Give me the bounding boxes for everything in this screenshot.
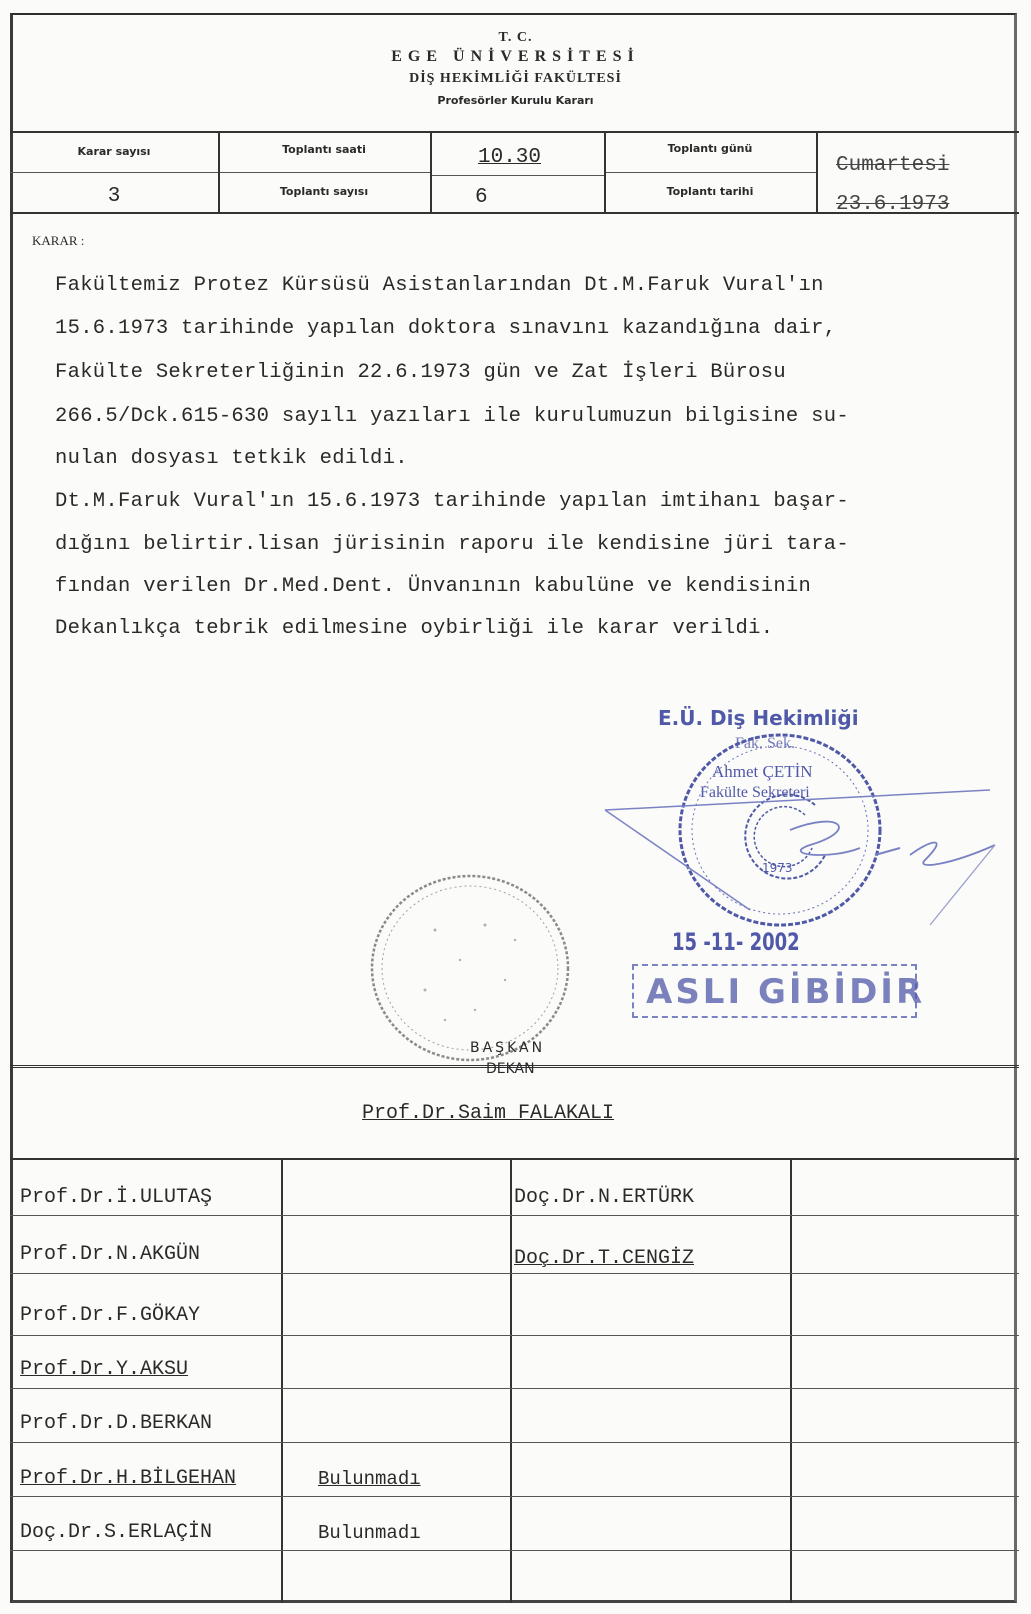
certified-copy-stamp: ASLI GİBİDİR <box>632 964 917 1018</box>
date-stamp: 15 -11- 2002 <box>672 928 800 956</box>
decision-line: nulan dosyası tetkik edildi. <box>55 447 408 470</box>
faculty-seal-icon: 1973 <box>600 730 1020 930</box>
chair-role-baskan: BAŞKAN <box>470 1040 545 1056</box>
member-name: Prof.Dr.Y.AKSU <box>20 1358 188 1381</box>
karar-sayisi-label: Karar sayısı <box>10 145 218 158</box>
decision-line: Dt.M.Faruk Vural'ın 15.6.1973 tarihinde … <box>55 490 849 513</box>
toplanti-sayisi-label: Toplantı sayısı <box>218 185 430 198</box>
member-name: Doç.Dr.N.ERTÜRK <box>514 1186 694 1209</box>
toplanti-tarihi-label: Toplantı tarihi <box>604 185 816 198</box>
member-name: Prof.Dr.D.BERKAN <box>20 1412 212 1435</box>
toplanti-saati-label: Toplantı saati <box>218 143 430 156</box>
decision-line: 266.5/Dck.615-630 sayılı yazıları ile ku… <box>55 405 849 428</box>
certified-copy-text: ASLI GİBİDİR <box>646 972 925 1012</box>
toplanti-gunu-value: Cumartesi <box>836 154 949 177</box>
member-name: Prof.Dr.F.GÖKAY <box>20 1304 200 1327</box>
stamp-office-line1: E.Ü. Diş Hekimliği <box>658 706 859 730</box>
chair-role-dekan: DEKAN <box>486 1061 535 1077</box>
toplanti-saati-value: 10.30 <box>478 146 541 169</box>
member-name: Prof.Dr.İ.ULUTAŞ <box>20 1186 212 1209</box>
member-name: Doç.Dr.S.ERLAÇİN <box>20 1521 212 1544</box>
chair-name: Prof.Dr.Saim FALAKALI <box>362 1102 614 1125</box>
header-tc: T. C. <box>0 30 1031 46</box>
member-note: Bulunmadı <box>318 1468 421 1490</box>
member-name: Prof.Dr.N.AKGÜN <box>20 1243 200 1266</box>
header-subtitle: Profesörler Kurulu Kararı <box>0 94 1031 107</box>
member-name: Doç.Dr.T.CENGİZ <box>514 1247 694 1270</box>
svg-text:1973: 1973 <box>762 861 793 875</box>
karar-label: KARAR : <box>32 233 84 249</box>
decision-line: Fakültemiz Protez Kürsüsü Asistanlarında… <box>55 274 824 297</box>
header-faculty: DİŞ HEKİMLİĞİ FAKÜLTESİ <box>0 71 1031 87</box>
toplanti-sayisi-value: 6 <box>475 186 488 209</box>
decision-line: fından verilen Dr.Med.Dent. Ünvanının ka… <box>55 575 811 598</box>
karar-sayisi-value: 3 <box>10 185 218 208</box>
header-university: EGE ÜNİVERSİTESİ <box>0 48 1031 66</box>
member-name: Prof.Dr.H.BİLGEHAN <box>20 1467 236 1490</box>
toplanti-tarihi-value: 23.6.1973 <box>836 193 949 216</box>
decision-line: 15.6.1973 tarihinde yapılan doktora sına… <box>55 317 836 340</box>
toplanti-gunu-label: Toplantı günü <box>604 142 816 155</box>
decision-line: Dekanlıkça tebrik edilmesine oybirliği i… <box>55 617 773 640</box>
decision-line: Fakülte Sekreterliğinin 22.6.1973 gün ve… <box>55 361 786 384</box>
decision-line: dığını belirtir.lisan jürisinin raporu i… <box>55 533 849 556</box>
member-note: Bulunmadı <box>318 1522 421 1544</box>
